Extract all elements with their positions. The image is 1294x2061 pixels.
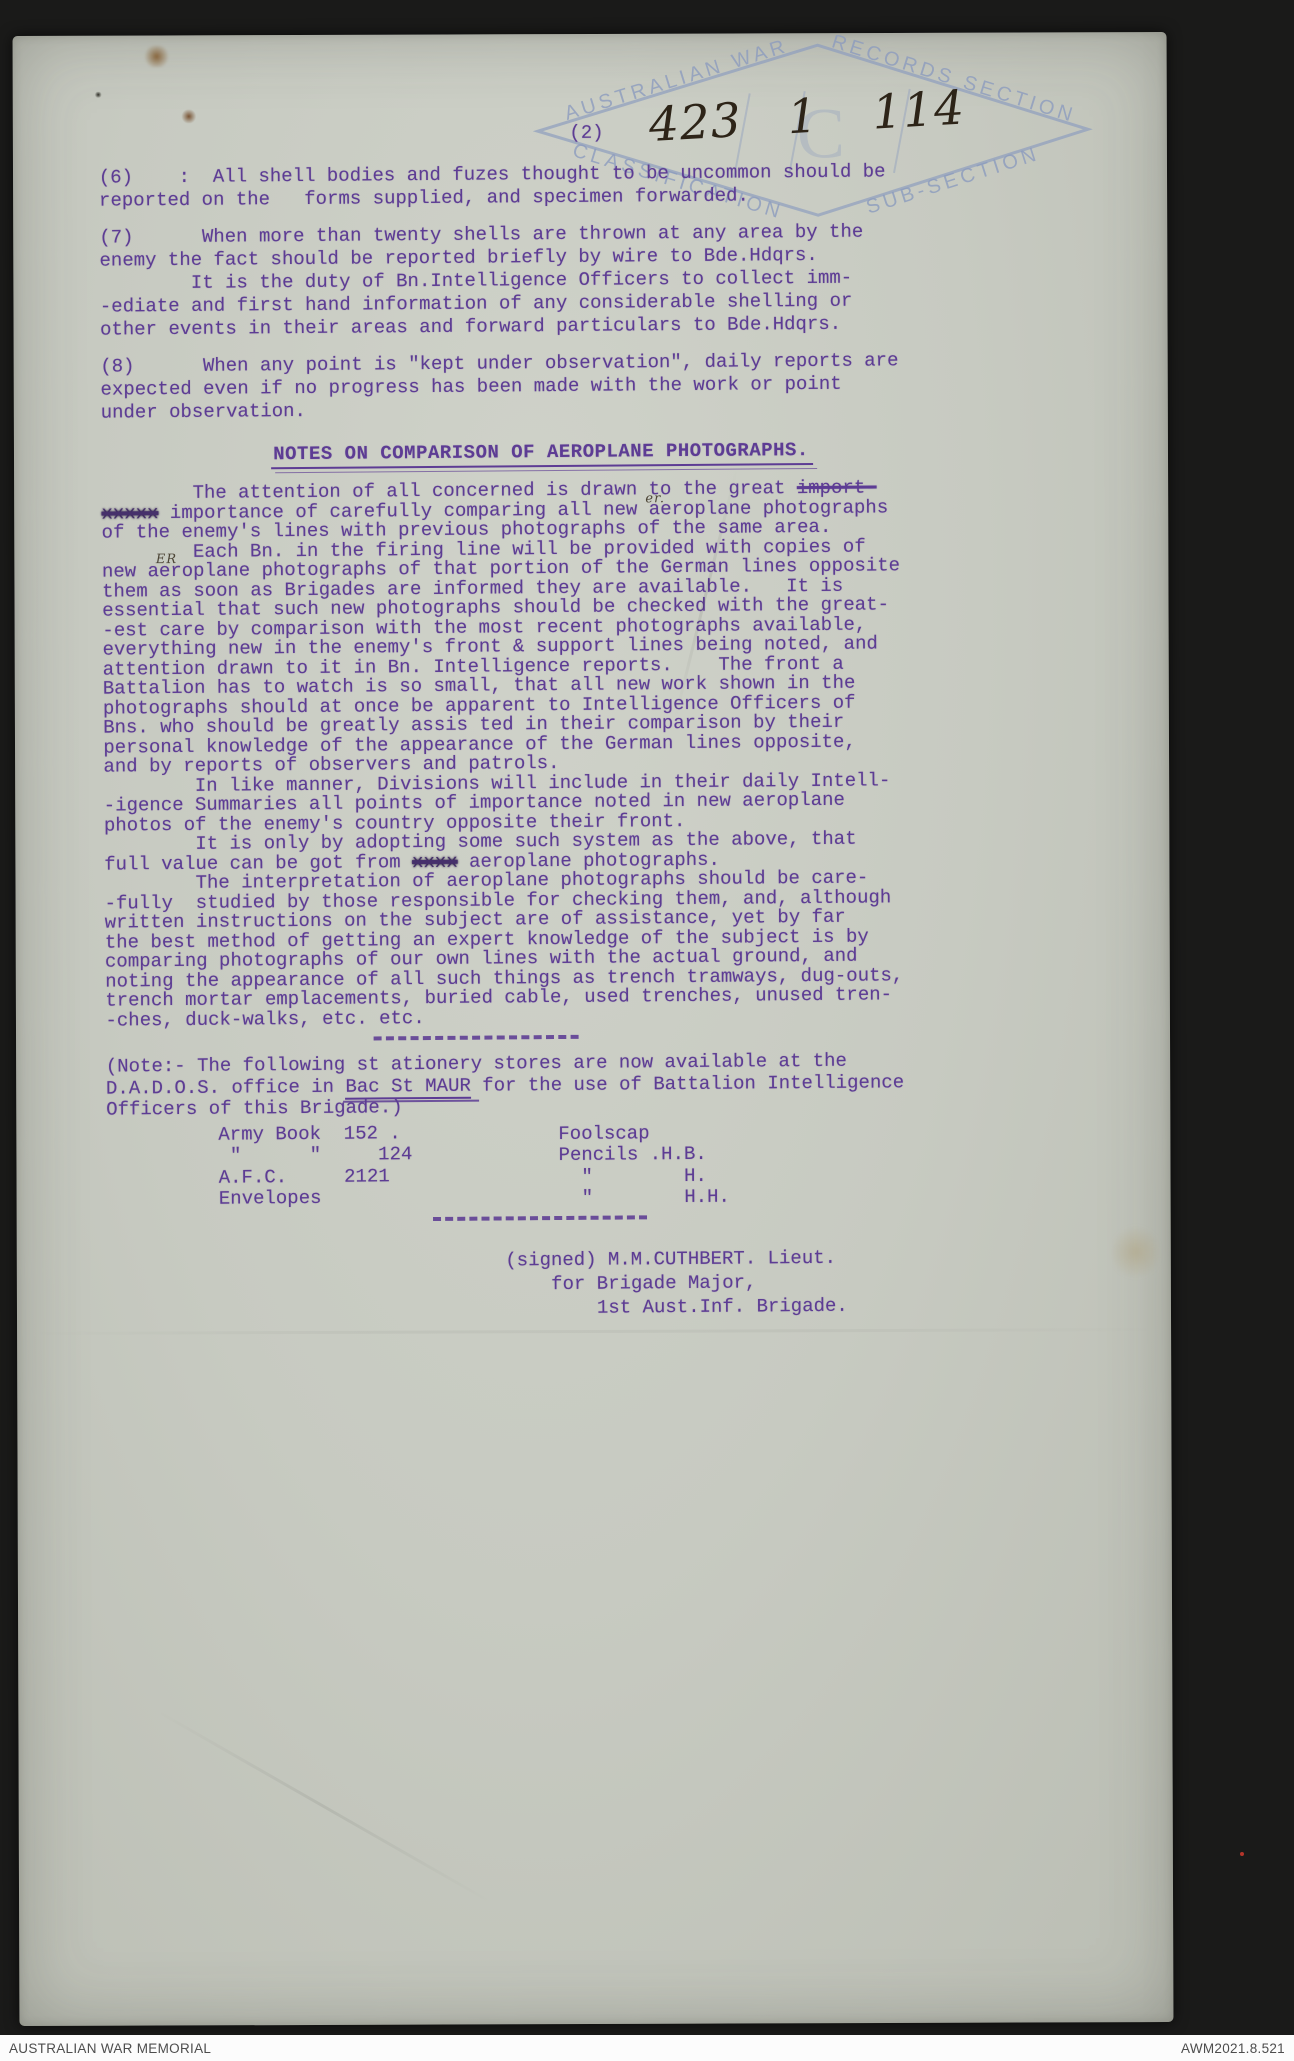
handwritten-correction-er: er.: [645, 489, 665, 509]
accession-number: AWM2021.8.521: [1181, 2041, 1285, 2056]
paper-stain: [1113, 1222, 1159, 1282]
battalion-paragraph: Each Bn. in the firing line will be prov…: [102, 536, 964, 777]
notes-body: The attention of all concerned is drawn …: [101, 478, 965, 1031]
notes-heading-row: NOTES ON COMPARISON OF AEROPLANE PHOTOGR…: [111, 436, 971, 469]
typewritten-text-column: (2) (6) : All shell bodies and fuzes tho…: [98, 31, 968, 1323]
interpretation-paragraph: The interpretation of aeroplane photogra…: [104, 868, 965, 1031]
dashed-rule-1: [374, 1035, 579, 1041]
note-line-2-text-b: for the use of Battalion Intelligence: [471, 1071, 904, 1096]
scanned-document-page: C AUSTRALIAN WAR RECORDS SECTION CLASSIF…: [0, 0, 1294, 2061]
footer-bar: AUSTRALIAN WAR MEMORIAL AWM2021.8.521: [0, 2035, 1294, 2061]
stationery-list: Army Book 152 . " " 124 A.F.C. 2121 Enve…: [106, 1118, 967, 1213]
paper-sheet: C AUSTRALIAN WAR RECORDS SECTION CLASSIF…: [13, 32, 1174, 2026]
stationery-list-right: Foolscap Pencils .H.B. " H. " H.H.: [558, 1122, 730, 1209]
dashed-rule-2: [433, 1215, 647, 1221]
section-7: (7) When more than twenty shells are thr…: [99, 220, 960, 342]
scan-speck: [1240, 1852, 1244, 1856]
signature-block: (signed) M.M.CUTHBERT. Lieut. for Brigad…: [505, 1244, 968, 1320]
memorial-label: AUSTRALIAN WAR MEMORIAL: [9, 2041, 211, 2056]
system-line-2-text-b: aeroplane photographs.: [458, 848, 720, 872]
underlined-place-bac-st-maur: Bac St MAUR: [345, 1074, 471, 1099]
divisions-paragraph: In like manner, Divisions will include i…: [104, 770, 964, 835]
section-6: (6) : All shell bodies and fuzes thought…: [99, 160, 959, 213]
section-8: (8) When any point is "kept under observ…: [100, 349, 961, 425]
stationery-list-left: Army Book 152 . " " 124 A.F.C. 2121 Enve…: [218, 1123, 413, 1211]
paper-crease: [17, 1328, 1171, 1335]
system-line-2-text: full value can be got from: [104, 851, 412, 875]
paper-crease: [154, 1708, 494, 1904]
battalion-paragraph-text: Each Bn. in the firing line will be prov…: [102, 535, 900, 777]
notes-heading: NOTES ON COMPARISON OF AEROPLANE PHOTOGR…: [273, 439, 809, 465]
page-number: (2): [156, 30, 1017, 148]
handwritten-correction-er-caps: ER: [156, 549, 177, 569]
note-line-3: Officers of this Brigade.): [106, 1093, 966, 1121]
note-line-2-text: D.A.D.O.S. office in: [106, 1075, 346, 1099]
struck-overtype-xxxx: xxxx: [412, 850, 458, 872]
stationery-note: (Note:- The following st ationery stores…: [106, 1050, 966, 1121]
